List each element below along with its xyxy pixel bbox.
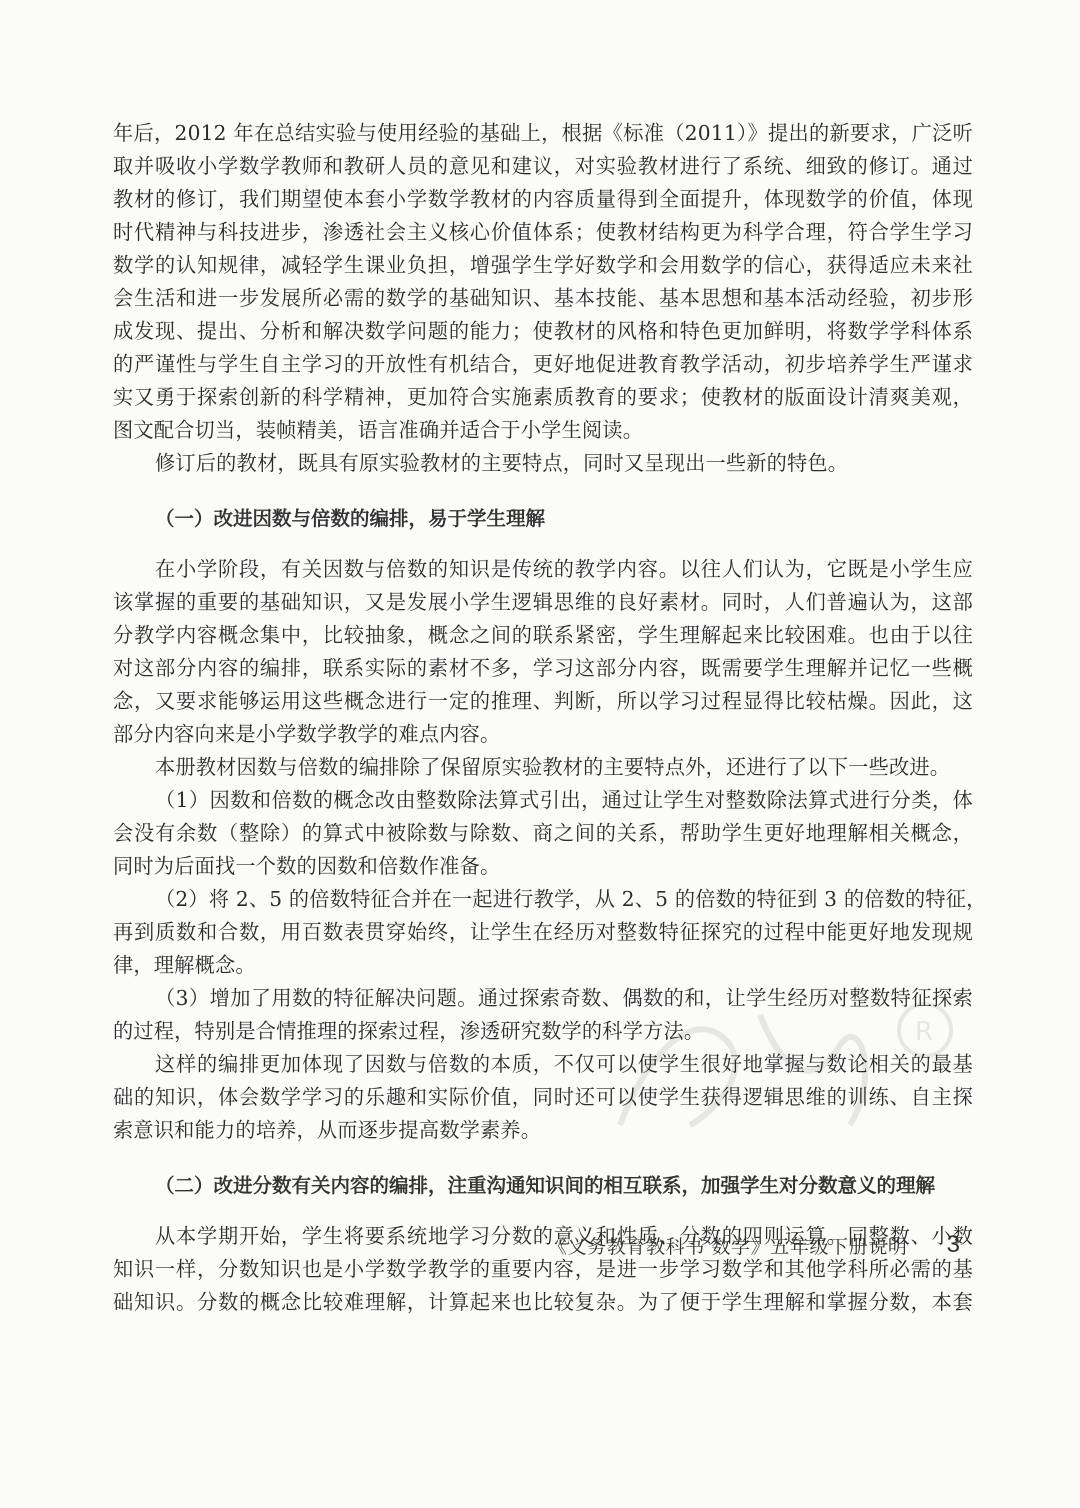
text-line: 会生活和进一步发展所必需的数学的基础知识、基本技能、基本思想和基本活动经验，初步… bbox=[113, 282, 973, 315]
text-line: 数学的认知规律，减轻学生课业负担，增强学生学好数学和会用数学的信心，获得适应未来… bbox=[113, 249, 973, 282]
text-line: 会没有余数（整除）的算式中被除数与除数、商之间的关系，帮助学生更好地理解相关概念… bbox=[113, 817, 973, 850]
text-line: 再到质数和合数，用百数表贯穿始终，让学生在经历对整数特征探究的过程中能更好地发现… bbox=[113, 916, 973, 949]
list-item-improvement-3: （3）增加了用数的特征解决问题。通过探索奇数、偶数的和，让学生经历对整数特征探索… bbox=[113, 982, 973, 1048]
text-line: 律，理解概念。 bbox=[113, 949, 973, 982]
text-line: 在小学阶段，有关因数与倍数的知识是传统的教学内容。以往人们认为，它既是小学生应 bbox=[113, 553, 973, 586]
text-line: 索意识和能力的培养，从而逐步提高数学素养。 bbox=[113, 1114, 973, 1147]
text-line: 取并吸收小学数学教师和教研人员的意见和建议，对实验教材进行了系统、细致的修订。通… bbox=[113, 150, 973, 183]
text-line: 部分内容向来是小学数学教学的难点内容。 bbox=[113, 718, 973, 751]
text-line: 同时为后面找一个数的因数和倍数作准备。 bbox=[113, 850, 973, 883]
text-line: 分教学内容概念集中，比较抽象，概念之间的联系紧密，学生理解起来比较困难。也由于以… bbox=[113, 619, 973, 652]
text-line: 的过程，特别是合情推理的探索过程，渗透研究数学的科学方法。 bbox=[113, 1015, 973, 1048]
text-line: 这样的编排更加体现了因数与倍数的本质，不仅可以使学生很好地掌握与数论相关的最基 bbox=[113, 1048, 973, 1081]
paragraph-factors-summary: 这样的编排更加体现了因数与倍数的本质，不仅可以使学生很好地掌握与数论相关的最基 … bbox=[113, 1048, 973, 1147]
text-line: 实又勇于探索创新的科学精神，更加符合实施素质教育的要求；使教材的版面设计清爽美观… bbox=[113, 381, 973, 414]
paragraph-improvements-intro: 本册教材因数与倍数的编排除了保留原实验教材的主要特点外，还进行了以下一些改进。 bbox=[113, 751, 973, 784]
paragraph-factors-background: 在小学阶段，有关因数与倍数的知识是传统的教学内容。以往人们认为，它既是小学生应 … bbox=[113, 553, 973, 751]
list-item-improvement-1: （1）因数和倍数的概念改由整数除法算式引出，通过让学生对整数除法算式进行分类，体… bbox=[113, 784, 973, 883]
section-heading-fractions: （二）改进分数有关内容的编排，注重沟通知识间的相互联系，加强学生对分数意义的理解 bbox=[113, 1169, 973, 1202]
page-footer: 《义务教育教科书 数学》五年级下册说明 3 bbox=[548, 1232, 960, 1262]
text-line: 图文配合切当，装帧精美，语言准确并适合于小学生阅读。 bbox=[113, 414, 973, 447]
section-heading-factors-multiples: （一）改进因数与倍数的编排，易于学生理解 bbox=[113, 502, 973, 535]
text-line: 修订后的教材，既具有原实验教材的主要特点，同时又呈现出一些新的特色。 bbox=[113, 447, 973, 480]
paragraph-new-features-intro: 修订后的教材，既具有原实验教材的主要特点，同时又呈现出一些新的特色。 bbox=[113, 447, 973, 480]
paragraph-revision-goals: 年后，2012 年在总结实验与使用经验的基础上，根据《标准（2011）》提出的新… bbox=[113, 117, 973, 447]
text-line: （1）因数和倍数的概念改由整数除法算式引出，通过让学生对整数除法算式进行分类，体 bbox=[113, 784, 973, 817]
document-page: 年后，2012 年在总结实验与使用经验的基础上，根据《标准（2011）》提出的新… bbox=[113, 117, 973, 1319]
text-line: 年后，2012 年在总结实验与使用经验的基础上，根据《标准（2011）》提出的新… bbox=[113, 117, 973, 150]
page-number: 3 bbox=[947, 1230, 960, 1260]
text-line: 念，又要求能够运用这些概念进行一定的推理、判断，所以学习过程显得比较枯燥。因此，… bbox=[113, 685, 973, 718]
text-line: 对这部分内容的编排，联系实际的素材不多，学习这部分内容，既需要学生理解并记忆一些… bbox=[113, 652, 973, 685]
text-line: 础知识。分数的概念比较难理解，计算起来也比较复杂。为了便于学生理解和掌握分数，本… bbox=[113, 1286, 973, 1319]
text-line: 时代精神与科技进步，渗透社会主义核心价值体系；使教材结构更为科学合理，符合学生学… bbox=[113, 216, 973, 249]
text-line: （3）增加了用数的特征解决问题。通过探索奇数、偶数的和，让学生经历对整数特征探索 bbox=[113, 982, 973, 1015]
text-line: （2）将 2、5 的倍数特征合并在一起进行教学，从 2、5 的倍数的特征到 3 … bbox=[113, 883, 973, 916]
text-line: 教材的修订，我们期望使本套小学数学教材的内容质量得到全面提升，体现数学的价值，体… bbox=[113, 183, 973, 216]
text-line: 成发现、提出、分析和解决数学问题的能力；使教材的风格和特色更加鲜明，将数学学科体… bbox=[113, 315, 973, 348]
footer-book-title: 《义务教育教科书 数学》五年级下册说明 bbox=[548, 1236, 907, 1258]
text-line: 该掌握的重要的基础知识，又是发展小学生逻辑思维的良好素材。同时，人们普遍认为，这… bbox=[113, 586, 973, 619]
list-item-improvement-2: （2）将 2、5 的倍数特征合并在一起进行教学，从 2、5 的倍数的特征到 3 … bbox=[113, 883, 973, 982]
text-line: 础的知识，体会数学学习的乐趣和实际价值，同时还可以使学生获得逻辑思维的训练、自主… bbox=[113, 1081, 973, 1114]
text-line: 本册教材因数与倍数的编排除了保留原实验教材的主要特点外，还进行了以下一些改进。 bbox=[113, 751, 973, 784]
text-line: 的严谨性与学生自主学习的开放性有机结合，更好地促进教育教学活动，初步培养学生严谨… bbox=[113, 348, 973, 381]
